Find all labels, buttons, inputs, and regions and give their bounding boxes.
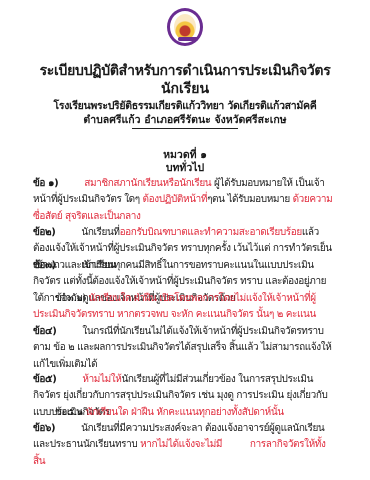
clause-highlight: สมาชิกสภานักเรียนหรือนักเรียน: [84, 178, 211, 189]
clause-label: ข้อ๖): [33, 423, 55, 434]
clause-text: นักเรียนที่: [81, 227, 119, 238]
school-emblem-logo: [167, 8, 203, 46]
clause-label: ข้อ๕.๑: [55, 407, 83, 418]
clause-highlight: ต้องปฏิบัติหน้าที่: [143, 194, 208, 205]
clause-highlight: นักเรียนใด ฝ่าฝืน หักคะแนนทุกอย่างทั้งสั…: [86, 407, 284, 418]
clause-label: ข้อ๔): [33, 326, 56, 337]
clause-label: ข้อ๓.๑): [55, 293, 86, 304]
clause-label: ข้อ๕): [33, 374, 56, 385]
clause-label: ข้อ๓): [33, 260, 56, 271]
clause-1: ข้อ ๑)สมาชิกสภานักเรียนหรือนักเรียน ผู้ไ…: [33, 176, 333, 225]
clause-highlight: ออกรับบิณฑบาตและทำความสะอาดเรียบร้อย: [120, 227, 302, 238]
emblem-ribbon: [178, 37, 198, 41]
clause-text: ในกรณีที่นักเรียนไม่ได้แจ้งให้เจ้าหน้าที…: [33, 326, 331, 370]
clause-3-1: ข้อ๓.๑) นักเรียนใด ฝ่าฝืน เปิดโดยพลการโด…: [33, 291, 333, 324]
clause-highlight: หากไม่ได้แจ้งจะไม่มี: [140, 439, 222, 450]
clause-4: ข้อ๔)ในกรณีที่นักเรียนไม่ได้แจ้งให้เจ้าห…: [33, 324, 333, 373]
spacer: [222, 439, 250, 450]
divider: [132, 128, 238, 129]
clause-5-1: ข้อ๕.๑ นักเรียนใด ฝ่าฝืน หักคะแนนทุกอย่า…: [33, 405, 333, 421]
clause-highlight: ห้ามไม่ให้: [82, 374, 121, 385]
clause-label: ข้อ ๑): [33, 178, 58, 189]
clause-label: ข้อ๒): [33, 227, 55, 238]
clause-text: ๆตน ได้รับมอบหมาย: [207, 194, 293, 205]
school-address: ตำบลศรีแก้ว อำเภอศรีรัตนะ จังหวัดศรีสะเก…: [0, 111, 370, 128]
clause-6: ข้อ๖)นักเรียนที่มีความประสงค์จะลา ต้องแจ…: [33, 421, 333, 470]
chapter-title: บททั่วไป: [0, 159, 370, 176]
